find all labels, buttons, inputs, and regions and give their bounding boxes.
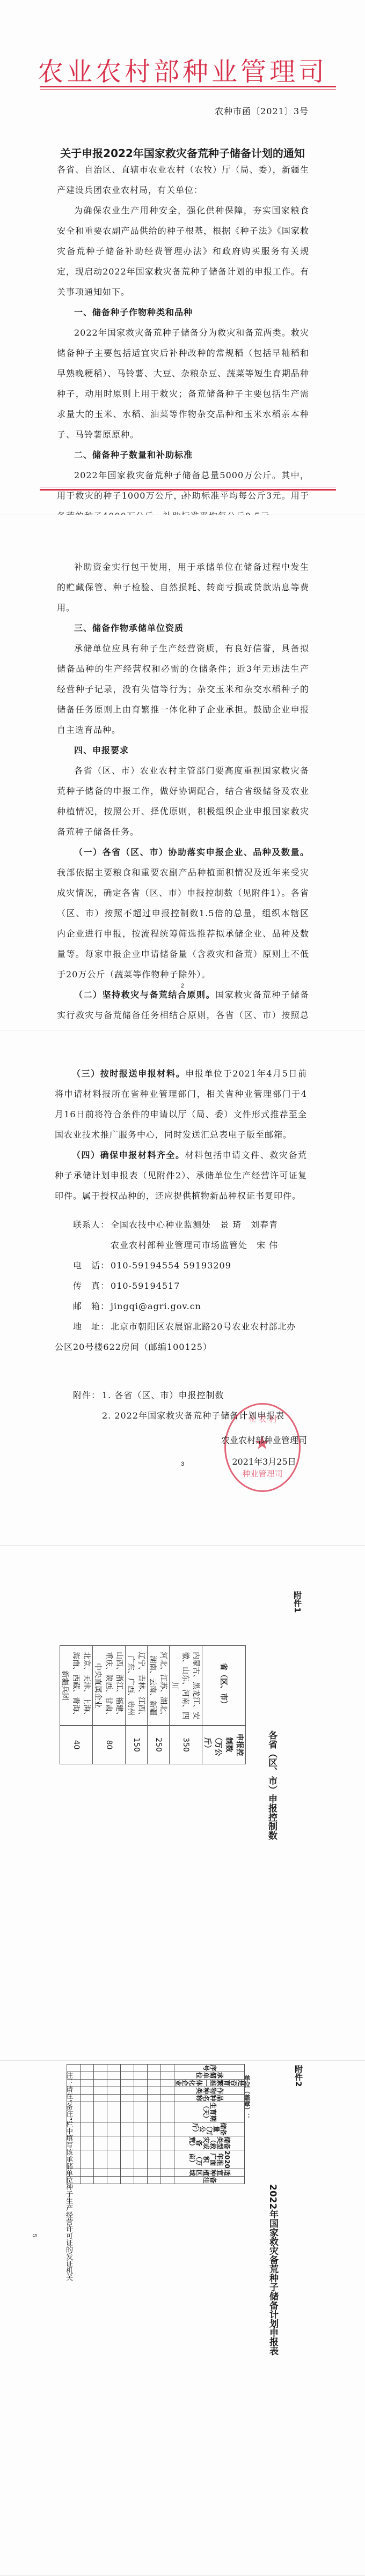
table-row [94,2065,107,2184]
address-row: 地 址： 北京市朝阳区农展馆北路20号农业农村部北办 [73,1317,307,1337]
fax-label: 传 真： [73,1276,111,1296]
page-1: 农业农村部种业管理司 农种市函〔2021〕3号 关于申报2022年国家救灾备荒种… [0,0,365,515]
red-rule-top [40,86,336,87]
table-row [148,2065,161,2184]
addressee: 各省、自治区、直辖市农业农村（农牧）厅（局、委），新疆生产建设兵团农业农村局，有… [57,160,309,201]
section-1-text: 2022年国家救灾备荒种子储备分为救灾和备荒两类。救灾储备种子主要包括适宜灾后补… [57,323,309,445]
table-row: 山西、浙江、福建、重庆、陕西、甘肃、中央直属企业 80 [93,1646,126,1764]
cell [134,2095,148,2102]
header-unit: 承储单位 [174,2072,245,2079]
contact-block: 联系人： 全国农技中心种业监测处 景 琦 刘春青 农业农村部种业管理司市场监管处… [55,1215,307,1337]
annex-1-table-wrapper: 省（区、市） 申报控制数（万公斤） 内蒙古、黑龙江、安徽、山东、河南、四川 35… [60,1645,246,1764]
contact-person-row: 联系人： 全国农技中心种业监测处 景 琦 刘春青 [73,1215,307,1235]
attachment-row-1: 附件： 1. 各省（区、市）申报控制数 [73,1385,307,1406]
cell [161,2136,174,2150]
red-rule-top-thin [40,89,336,90]
cell [94,2177,107,2184]
cell [161,2079,174,2087]
cell [94,2087,107,2095]
cell [94,2065,107,2072]
cell [121,2102,134,2122]
cell [148,2136,161,2150]
cell [161,2087,174,2095]
annex-2-note: 注：请在“备注”栏中填写该承储单位种子生产经营许可证的发证机关 [63,2072,74,2281]
document-title: 关于申报2022年国家救灾备荒种子储备计划的通知 [0,145,365,160]
value-cell: 350 [170,1726,202,1764]
intro-paragraph: 为确保农业生产用种安全，强化供种保障，夯实国家粮食安全和重要农副产品供给的种子根… [57,201,309,302]
page2-body: 补助资金实行包干使用，用于承储单位在储备过程中发生的贮藏保管、种子检验、自然损耗… [57,557,309,1030]
cell [148,2150,161,2169]
cell [134,2065,148,2072]
annex-2-table-wrapper: 序号 承储单位 是否育繁推一体化企业 作物种类 品种名称 生育期（天） 储备量（… [67,2064,245,2184]
requirement-3-lead: （三）按时报送申报材料。 [72,1068,185,1079]
phone-row: 电 话： 010-59194554 59193209 [73,1256,307,1276]
table-header-row: 省（区、市） 申报控制数（万公斤） [202,1646,246,1764]
page-5-annex-2: 附件2 2022年国家救灾备荒种子储备计划申报表 单位（盖章）： 序号 承储单位… [0,2061,365,2576]
cell [94,2150,107,2169]
page-number: 2 [0,983,365,989]
cell [134,2136,148,2150]
cell [134,2169,148,2177]
header-integrated: 是否育繁推一体化企业 [174,2079,245,2087]
email-value[interactable]: jingqi@agri.gov.cn [111,1296,201,1317]
page1-body: 各省、自治区、直辖市农业农村（农牧）厅（局、委），新疆生产建设兵团农业农村局，有… [57,160,309,515]
cell [107,2095,121,2102]
cell [161,2102,174,2122]
requirement-4: （四）确保申报材料齐全。材料包括申请文件、救灾备荒种子承储计划申报表（见附件2）… [55,1145,307,1206]
cell [134,2072,148,2079]
cell [161,2095,174,2102]
cell [148,2177,161,2184]
cell [161,2072,174,2079]
section-3-heading: 三、储备作物承储单位资质 [57,618,309,639]
header-area: 2020年推广面积（万亩） [174,2150,245,2169]
cell [94,2079,107,2087]
cell [107,2087,121,2095]
value-cell: 40 [60,1726,93,1764]
cell [134,2102,148,2122]
value-cell: 80 [93,1726,126,1764]
cell [94,2122,107,2136]
cell [148,2087,161,2095]
page-4-annex-1: 附件1 各省（区、市）申报控制数 省（区、市） 申报控制数（万公斤） 内蒙古、黑… [0,1546,365,2061]
cell [121,2177,134,2184]
cell [81,2079,94,2087]
section-2-heading: 二、储备种子数量和补助标准 [57,445,309,465]
cell [81,2136,94,2150]
cell [81,2072,94,2079]
cell [81,2087,94,2095]
cell [121,2122,134,2136]
cell [94,2095,107,2102]
requirement-2: （二）坚持救灾与备荒结合原则。国家救灾备荒种子储备实行救灾与备荒储备任务相结合原… [57,985,309,1030]
cell [107,2177,121,2184]
issuer-masthead: 农业农村部种业管理司 [0,51,365,88]
section-4-text: 各省（区、市）农业农村主管部门要高度重视国家救灾备荒种子储备的申报工作，做好协调… [57,761,309,842]
red-rule-bottom-thin [40,487,336,487]
requirement-1-lead: （一）各省（区、市）协助落实申报企业、品种及数量。 [74,847,309,857]
annex-2-title: 2022年国家救灾备荒种子储备计划申报表 [266,2184,280,2355]
attachments-label: 附件： [73,1385,102,1406]
region-cell: 内蒙古、黑龙江、安徽、山东、河南、四川 [170,1646,202,1726]
cell [134,2079,148,2087]
requirement-3-text: 申报单位于2021年4月5日前将申请材料报所在省种业管理部门，相关省种业管理部门… [55,1068,307,1140]
address-line-2: 公区20号楼622房间（邮编100125） [55,1337,307,1357]
cell [81,2122,94,2136]
table-row [107,2065,121,2184]
cell [121,2087,134,2095]
cell [107,2150,121,2169]
address-line-1: 北京市朝阳区农展馆北路20号农业农村部北办 [111,1317,296,1337]
annex-2-table: 序号 承储单位 是否育繁推一体化企业 作物种类 品种名称 生育期（天） 储备量（… [67,2064,245,2184]
section-1-heading: 一、储备种子作物种类和品种 [57,302,309,323]
annex-2-label: 附件2 [293,2065,304,2087]
annex-1-title: 各省（区、市）申报控制数 [265,1731,279,1840]
page3-body: （三）按时报送申报材料。申报单位于2021年4月5日前将申请材料报所在省种业管理… [55,1064,307,1426]
email-label: 邮 箱： [73,1296,111,1317]
cell [121,2136,134,2150]
header-crop: 作物种类 [174,2087,245,2095]
header-seq: 序号 [174,2065,245,2072]
contact-spacer [73,1235,111,1256]
requirement-1: （一）各省（区、市）协助落实申报企业、品种及数量。我部依据主要粮食和重要农副产品… [57,842,309,985]
cell [107,2136,121,2150]
table-header-row: 序号 承储单位 是否育繁推一体化企业 作物种类 品种名称 生育期（天） 储备量（… [174,2065,245,2184]
phone-value: 010-59194554 59193209 [111,1256,231,1276]
cell [94,2136,107,2150]
cell [81,2102,94,2122]
cell [107,2102,121,2122]
annex-1-label: 附件1 [292,1591,303,1613]
section-4-heading: 四、申报要求 [57,740,309,761]
header-region: 省（区、市） [202,1646,246,1726]
region-cell: 山西、浙江、福建、重庆、陕西、甘肃、中央直属企业 [93,1646,126,1726]
header-region: 适宜种植区域 [174,2169,245,2177]
email-row: 邮 箱： jingqi@agri.gov.cn [73,1296,307,1317]
cell [107,2072,121,2079]
cell [161,2177,174,2184]
cell [148,2079,161,2087]
table-row: 内蒙古、黑龙江、安徽、山东、河南、四川 350 [170,1646,202,1764]
table-row [81,2065,94,2184]
value-cell: 250 [148,1726,170,1764]
page-number: 5 [31,2061,38,2418]
requirement-3: （三）按时报送申报材料。申报单位于2021年4月5日前将申请材料报所在省种业管理… [55,1064,307,1145]
cell [81,2177,94,2184]
header-variety: 品种名称 [174,2095,245,2102]
cell [121,2169,134,2177]
cell [148,2065,161,2072]
attachment-item-1: 1. 各省（区、市）申报控制数 [102,1385,224,1406]
cell [94,2169,107,2177]
contact-person-row-2: 农业农村部种业管理司市场监管处 宋 伟 [73,1235,307,1256]
phone-label: 电 话： [73,1256,111,1276]
section-2-subsidy-text: 补助资金实行包干使用，用于承储单位在储备过程中发生的贮藏保管、种子检验、自然损耗… [57,557,309,618]
fax-value: 010-59194517 [111,1276,180,1296]
cell [148,2095,161,2102]
cell [134,2150,148,2169]
cell [67,2065,81,2072]
address-label: 地 址： [73,1317,111,1337]
page-2: 补助资金实行包干使用，用于承储单位在储备过程中发生的贮藏保管、种子检验、自然损耗… [0,515,365,1030]
cell [121,2072,134,2079]
table-row: 北京、天津、上海、海南、西藏、青海、新疆兵团 40 [60,1646,93,1764]
cell [81,2150,94,2169]
seal-top-text: 业 农 村 [226,1413,299,1424]
contact-person-label: 联系人： [73,1215,111,1235]
region-cell: 辽宁、吉林、江西、广东、广西、贵州 [126,1646,148,1726]
cell [121,2095,134,2102]
cell [148,2169,161,2177]
cell [121,2150,134,2169]
requirement-2-lead: （二）坚持救灾与备荒结合原则。 [74,990,215,1000]
header-type: 储备类型（救灾或备荒） [174,2136,245,2150]
page-3: （三）按时报送申报材料。申报单位于2021年4月5日前将申请材料报所在省种业管理… [0,1030,365,1546]
cell [134,2087,148,2095]
requirement-4-lead: （四）确保申报材料齐全。 [72,1150,185,1160]
requirement-1-text: 我部依据主要粮食和重要农副产品种植面积情况及近年来受灾成灾情况，确定各省（区、市… [57,867,309,979]
cell [161,2150,174,2169]
header-quantity: 储备量（万公斤） [174,2122,245,2136]
region-cell: 北京、天津、上海、海南、西藏、青海、新疆兵团 [60,1646,93,1726]
region-cell: 河北、江苏、湖北、湖南、云南、新疆 [148,1646,170,1726]
signature-org: 农业农村部种业管理司 [221,1430,307,1451]
cell [161,2169,174,2177]
attachments-spacer [73,1406,102,1426]
annex-1-table: 省（区、市） 申报控制数（万公斤） 内蒙古、黑龙江、安徽、山东、河南、四川 35… [60,1645,246,1764]
cell [107,2122,121,2136]
header-growth-period: 生育期（天） [174,2102,245,2122]
table-row [121,2065,134,2184]
cell [81,2095,94,2102]
table-row: 辽宁、吉林、江西、广东、广西、贵州 150 [126,1646,148,1764]
page-number: 1 [0,494,365,501]
cell [107,2065,121,2072]
cell [134,2122,148,2136]
cell [148,2122,161,2136]
header-control-number: 申报控制数（万公斤） [202,1726,246,1764]
contact-person-1: 全国农技中心种业监测处 景 琦 刘春青 [111,1215,278,1235]
section-3-text: 承储单位应具有种子生产经营资质，有良好信誉，具备拟储备品种的生产经营权和必需的仓… [57,639,309,740]
cell [107,2079,121,2087]
table-row [134,2065,148,2184]
cell [94,2072,107,2079]
table-row: 河北、江苏、湖北、湖南、云南、新疆 250 [148,1646,170,1764]
table-row [161,2065,174,2184]
cell [148,2072,161,2079]
cell [81,2169,94,2177]
fax-row: 传 真： 010-59194517 [73,1276,307,1296]
value-cell: 150 [126,1726,148,1764]
header-remarks: 备注 [174,2177,245,2184]
cell [121,2079,134,2087]
contact-person-2: 农业农村部种业管理司市场监管处 宋 伟 [111,1235,278,1256]
cell [161,2122,174,2136]
cell [81,2065,94,2072]
cell [107,2169,121,2177]
cell [121,2065,134,2072]
document-number: 农种市函〔2021〕3号 [215,105,309,117]
cell [94,2102,107,2122]
red-rule-bottom [40,489,336,491]
cell [161,2065,174,2072]
cell [148,2102,161,2122]
cell [134,2177,148,2184]
page-number: 3 [0,1461,365,1467]
